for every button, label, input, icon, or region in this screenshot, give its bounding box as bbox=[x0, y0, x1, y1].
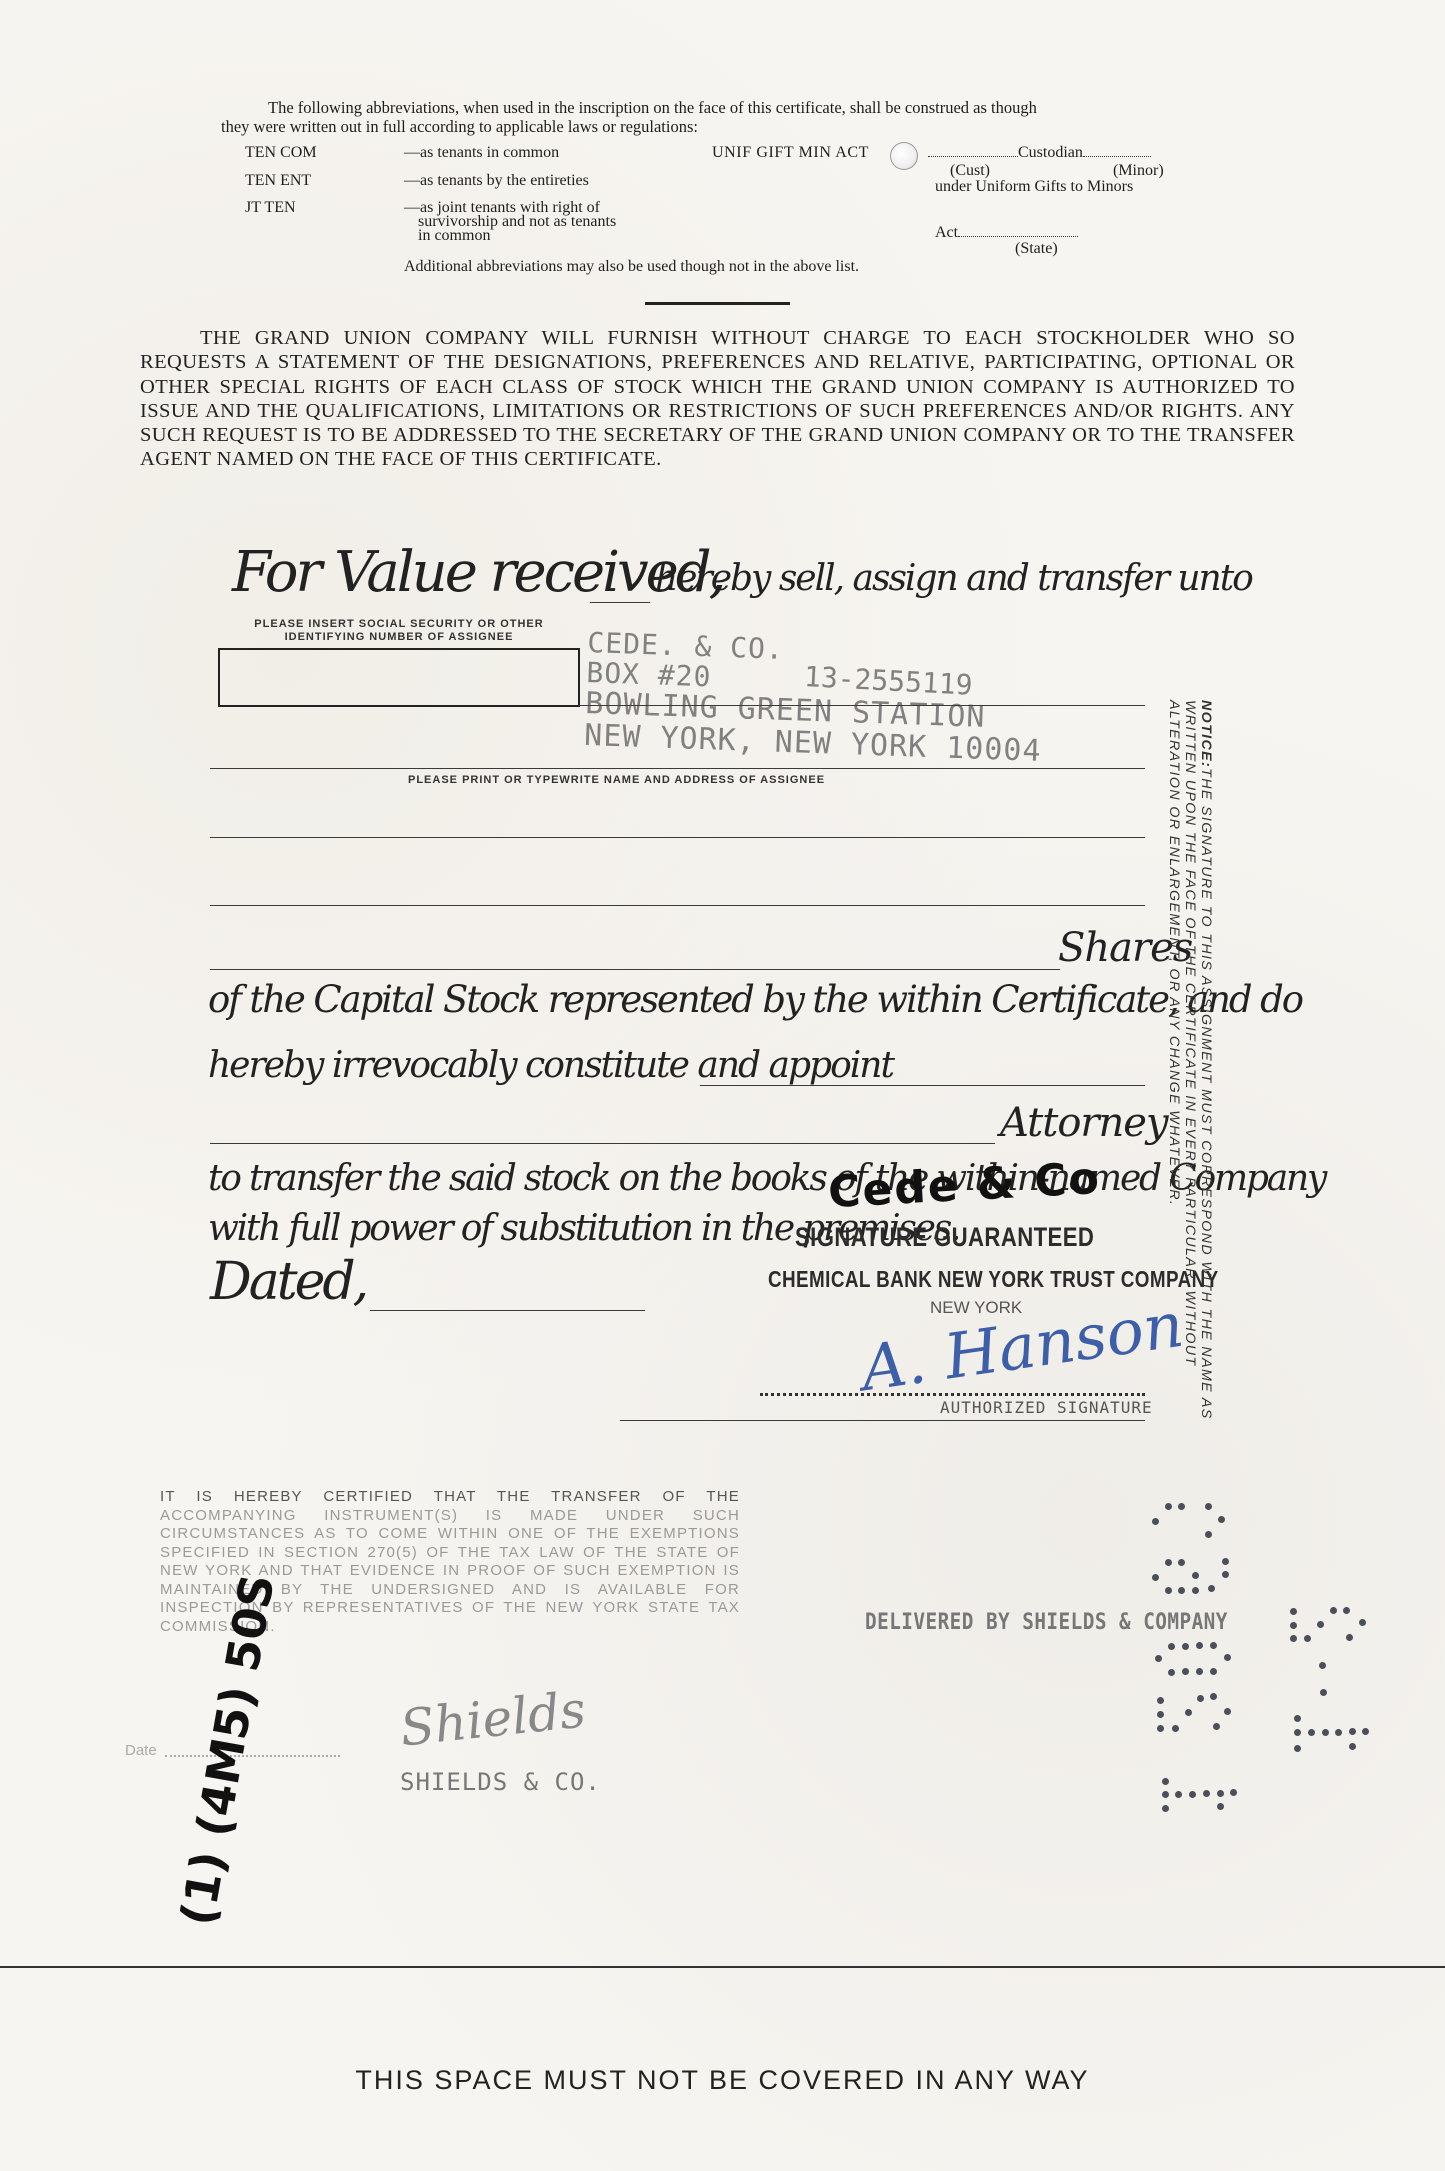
minor-blank bbox=[1083, 144, 1151, 157]
assignee-line-d bbox=[210, 905, 1145, 906]
rights-statement: THE GRAND UNION COMPANY WILL FURNISH WIT… bbox=[140, 326, 1295, 472]
abbr-code: JT TEN bbox=[245, 201, 400, 215]
authorized-signature-label: AUTHORIZED SIGNATURE bbox=[940, 1398, 1153, 1417]
print-name-label: PLEASE PRINT OR TYPEWRITE NAME AND ADDRE… bbox=[408, 774, 825, 786]
rights-statement-text: THE GRAND UNION COMPANY WILL FURNISH WIT… bbox=[140, 327, 1295, 470]
for-value-dash bbox=[590, 602, 650, 603]
do-not-cover-warning: THIS SPACE MUST NOT BE COVERED IN ANY WA… bbox=[250, 2065, 1195, 2096]
hereby-appoint-text: hereby irrevocably constitute and appoin… bbox=[208, 1045, 893, 1086]
tax-date-label: Date bbox=[125, 1742, 157, 1759]
unif-gift-label: UNIF GIFT MIN ACT bbox=[712, 144, 869, 162]
additional-abbreviations: Additional abbreviations may also be use… bbox=[404, 258, 859, 276]
state-caption: (State) bbox=[1015, 240, 1058, 258]
hereby-sell-assign-transfer: hereby sell, assign and transfer unto bbox=[655, 558, 1252, 599]
abbreviations-intro: The following abbreviations, when used i… bbox=[268, 98, 1268, 136]
cust-blank bbox=[928, 144, 1018, 157]
ssn-label-1: PLEASE INSERT SOCIAL SECURITY OR OTHER bbox=[218, 618, 580, 631]
shields-company: SHIELDS & CO. bbox=[400, 1768, 601, 1796]
attorney-line[interactable] bbox=[210, 1143, 995, 1144]
assignee-stamp: CEDE. & CO. BOX #20 BOWLING GREEN STATIO… bbox=[584, 628, 1046, 768]
punch-hole bbox=[890, 142, 918, 170]
act-label: Act bbox=[935, 224, 958, 241]
signature-line[interactable] bbox=[620, 1420, 1145, 1421]
appoint-line[interactable] bbox=[700, 1085, 1145, 1086]
for-value-received: For Value received, bbox=[232, 540, 723, 605]
custodian-line: Custodian bbox=[928, 144, 1151, 162]
dated-line[interactable] bbox=[370, 1310, 645, 1311]
abbr-meaning: as tenants in common bbox=[404, 144, 559, 161]
capital-stock-text: of the Capital Stock represented by the … bbox=[208, 978, 1302, 1021]
abbr-ten-ent: TEN ENT as tenants by the entireties bbox=[245, 172, 589, 190]
shields-signature: Shields bbox=[397, 1680, 588, 1757]
signature-dotted-line bbox=[760, 1393, 1145, 1396]
intro-line-1: The following abbreviations, when used i… bbox=[268, 98, 1268, 117]
ssn-label: PLEASE INSERT SOCIAL SECURITY OR OTHER I… bbox=[218, 618, 580, 644]
abbr-jt-ten: JT TEN as joint tenants with right of su… bbox=[245, 201, 616, 243]
section-divider bbox=[645, 302, 790, 305]
notice-vertical: NOTICE:THE SIGNATURE TO THIS ASSIGNMENT … bbox=[1166, 700, 1214, 1460]
tax-stamp-first-line: IT IS HEREBY CERTIFIED THAT THE TRANSFER… bbox=[160, 1488, 740, 1505]
signature-guaranteed: SIGNATURE GUARANTEED bbox=[795, 1222, 1094, 1253]
abbr-ten-com: TEN COM as tenants in common bbox=[245, 144, 559, 162]
to-transfer-text: to transfer the said stock on the books … bbox=[208, 1158, 1325, 1199]
state-blank bbox=[958, 224, 1078, 237]
assignee-line-b bbox=[210, 768, 1145, 769]
intro-line-2: they were written out in full according … bbox=[221, 117, 1268, 136]
assignee-line-a bbox=[578, 705, 1145, 706]
assignee-line-c bbox=[210, 837, 1145, 838]
ssn-label-2: IDENTIFYING NUMBER OF ASSIGNEE bbox=[218, 631, 580, 644]
shares-line[interactable] bbox=[210, 969, 1060, 970]
abbr-meaning: as tenants by the entireties bbox=[404, 172, 589, 189]
under-ugma: under Uniform Gifts to Minors bbox=[935, 178, 1133, 196]
abbr-meaning-3: in common bbox=[404, 227, 490, 244]
dated-label: Dated, bbox=[210, 1252, 366, 1312]
abbr-code: TEN ENT bbox=[245, 172, 400, 190]
notice-text: THE SIGNATURE TO THIS ASSIGNMENT MUST CO… bbox=[1166, 700, 1214, 1420]
bank-name: CHEMICAL BANK NEW YORK TRUST COMPANY bbox=[768, 1266, 1219, 1293]
abbr-code: TEN COM bbox=[245, 144, 400, 162]
delivered-by-stamp: DELIVERED BY SHIELDS & COMPANY bbox=[865, 1610, 1228, 1635]
attorney-label: Attorney bbox=[1000, 1100, 1168, 1146]
custodian-label: Custodian bbox=[1018, 144, 1083, 161]
ssn-input-box[interactable] bbox=[218, 648, 580, 707]
notice-label: NOTICE: bbox=[1198, 700, 1214, 768]
footer-divider bbox=[0, 1966, 1445, 1968]
